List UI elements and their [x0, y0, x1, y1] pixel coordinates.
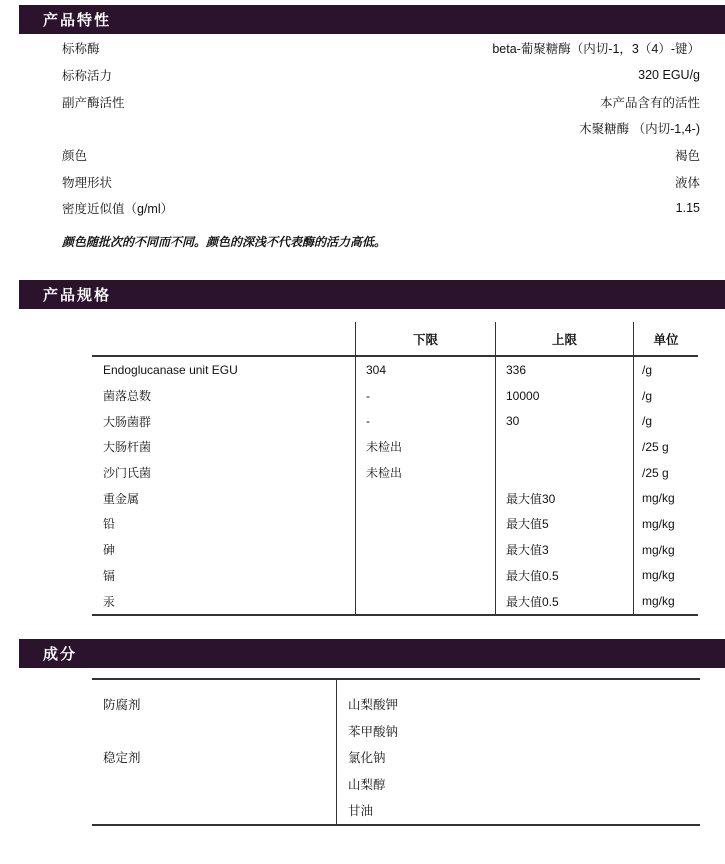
characteristic-value: 1.15: [676, 201, 700, 215]
spec-unit: mg/kg: [633, 537, 698, 563]
spec-lower: 304: [355, 357, 495, 383]
spec-unit: /g: [633, 383, 698, 409]
spec-unit: mg/kg: [633, 588, 698, 614]
section-header-composition: 成分: [19, 639, 725, 668]
spec-name: 大肠杆菌: [92, 434, 355, 460]
characteristic-row: 密度近似值（g/ml） 1.15: [0, 195, 725, 222]
spec-name: Endoglucanase unit EGU: [92, 357, 355, 383]
section-header-product-specifications: 产品规格: [19, 280, 725, 309]
specifications-table: 下限 上限 单位 Endoglucanase unit EGU 304 336 …: [92, 322, 698, 616]
spec-header-lower-limit: 下限: [355, 322, 495, 355]
section-title-composition: 成分: [43, 643, 77, 664]
table-row: Endoglucanase unit EGU 304 336 /g: [92, 357, 698, 383]
spec-header-unit: 单位: [633, 322, 698, 355]
spec-lower: -: [355, 408, 495, 434]
spec-name: 沙门氏菌: [92, 460, 355, 486]
characteristic-row: 木聚糖酶 （内切-1,4-): [0, 115, 725, 142]
spec-lower: 未检出: [355, 434, 495, 460]
composition-table: 防腐剂 稳定剂 山梨酸钾 苯甲酸钠 氯化钠 山梨醇 甘油: [92, 678, 700, 826]
spec-unit: mg/kg: [633, 511, 698, 537]
characteristic-label: 颜色: [62, 146, 87, 164]
characteristic-value: 本产品含有的活性: [600, 93, 700, 111]
spec-lower: [355, 485, 495, 511]
composition-value: 山梨酸钾: [337, 691, 700, 718]
spec-upper: 最大值30: [495, 485, 633, 511]
characteristic-row: 物理形状 液体: [0, 168, 725, 195]
table-row: 大肠杆菌 未检出 /25 g: [92, 434, 698, 460]
characteristic-label: 标称酶: [62, 39, 100, 57]
spec-table-header-row: 下限 上限 单位: [92, 322, 698, 357]
spec-upper: 336: [495, 357, 633, 383]
spec-header-upper-limit: 上限: [495, 322, 633, 355]
spec-header-name: [92, 322, 355, 355]
spec-name: 菌落总数: [92, 383, 355, 409]
characteristic-row: 副产酶活性 本产品含有的活性: [0, 88, 725, 115]
section-title-product-characteristics: 产品特性: [43, 9, 111, 30]
spec-upper: 30: [495, 408, 633, 434]
spec-name: 重金属: [92, 485, 355, 511]
table-row: 汞 最大值0.5 mg/kg: [92, 588, 698, 614]
composition-labels-column: 防腐剂 稳定剂: [92, 680, 337, 824]
composition-values-column: 山梨酸钾 苯甲酸钠 氯化钠 山梨醇 甘油: [337, 680, 700, 824]
spec-lower: [355, 537, 495, 563]
spec-upper: 最大值3: [495, 537, 633, 563]
spec-lower: 未检出: [355, 460, 495, 486]
section-title-product-specifications: 产品规格: [43, 284, 111, 305]
characteristic-value: 褐色: [675, 146, 700, 164]
table-row: 大肠菌群 - 30 /g: [92, 408, 698, 434]
composition-value: 氯化钠: [337, 744, 700, 771]
characteristic-label: 密度近似值（g/ml）: [62, 199, 173, 217]
characteristic-row: 标称酶 beta-葡聚糖酶（内切-1，3（4）-键）: [0, 35, 725, 62]
table-row: 重金属 最大值30 mg/kg: [92, 485, 698, 511]
composition-label: 稳定剂: [92, 744, 336, 771]
characteristic-label: 物理形状: [62, 173, 112, 191]
spec-lower: [355, 511, 495, 537]
composition-value: 甘油: [337, 797, 700, 824]
table-row: 镉 最大值0.5 mg/kg: [92, 563, 698, 589]
spec-unit: mg/kg: [633, 485, 698, 511]
section-header-product-characteristics: 产品特性: [19, 5, 725, 34]
spec-unit: /25 g: [633, 434, 698, 460]
characteristic-label: 副产酶活性: [62, 93, 125, 111]
spec-name: 砷: [92, 537, 355, 563]
spec-table-body: Endoglucanase unit EGU 304 336 /g 菌落总数 -…: [92, 357, 698, 616]
spec-lower: [355, 563, 495, 589]
composition-label: 防腐剂: [92, 691, 336, 718]
spec-upper: 最大值0.5: [495, 588, 633, 614]
table-row: 铅 最大值5 mg/kg: [92, 511, 698, 537]
spec-unit: mg/kg: [633, 563, 698, 589]
composition-label: [92, 718, 336, 745]
spec-lower: [355, 588, 495, 614]
spec-name: 大肠菌群: [92, 408, 355, 434]
characteristic-value: 320 EGU/g: [638, 68, 700, 82]
characteristic-value: 木聚糖酶 （内切-1,4-): [579, 119, 700, 137]
table-row: 菌落总数 - 10000 /g: [92, 383, 698, 409]
composition-value: 苯甲酸钠: [337, 718, 700, 745]
composition-value: 山梨醇: [337, 771, 700, 798]
spec-unit: /g: [633, 408, 698, 434]
spec-name: 铅: [92, 511, 355, 537]
spec-upper: [495, 434, 633, 460]
spec-unit: /g: [633, 357, 698, 383]
characteristic-label: 标称活力: [62, 66, 112, 84]
spec-lower: -: [355, 383, 495, 409]
color-variation-note: 颜色随批次的不同而不同。颜色的深浅不代表酶的活力高低。: [62, 233, 700, 250]
spec-upper: [495, 460, 633, 486]
characteristic-row: 颜色 褐色: [0, 142, 725, 169]
composition-label: [92, 797, 336, 824]
table-row: 砷 最大值3 mg/kg: [92, 537, 698, 563]
composition-label: [92, 771, 336, 798]
characteristic-value: 液体: [675, 173, 700, 191]
characteristic-value: beta-葡聚糖酶（内切-1，3（4）-键）: [492, 39, 700, 57]
spec-upper: 最大值0.5: [495, 563, 633, 589]
spec-upper: 10000: [495, 383, 633, 409]
spec-name: 镉: [92, 563, 355, 589]
characteristics-list: 标称酶 beta-葡聚糖酶（内切-1，3（4）-键） 标称活力 320 EGU/…: [0, 35, 725, 222]
spec-name: 汞: [92, 588, 355, 614]
table-row: 沙门氏菌 未检出 /25 g: [92, 460, 698, 486]
spec-unit: /25 g: [633, 460, 698, 486]
characteristic-row: 标称活力 320 EGU/g: [0, 62, 725, 89]
spec-upper: 最大值5: [495, 511, 633, 537]
